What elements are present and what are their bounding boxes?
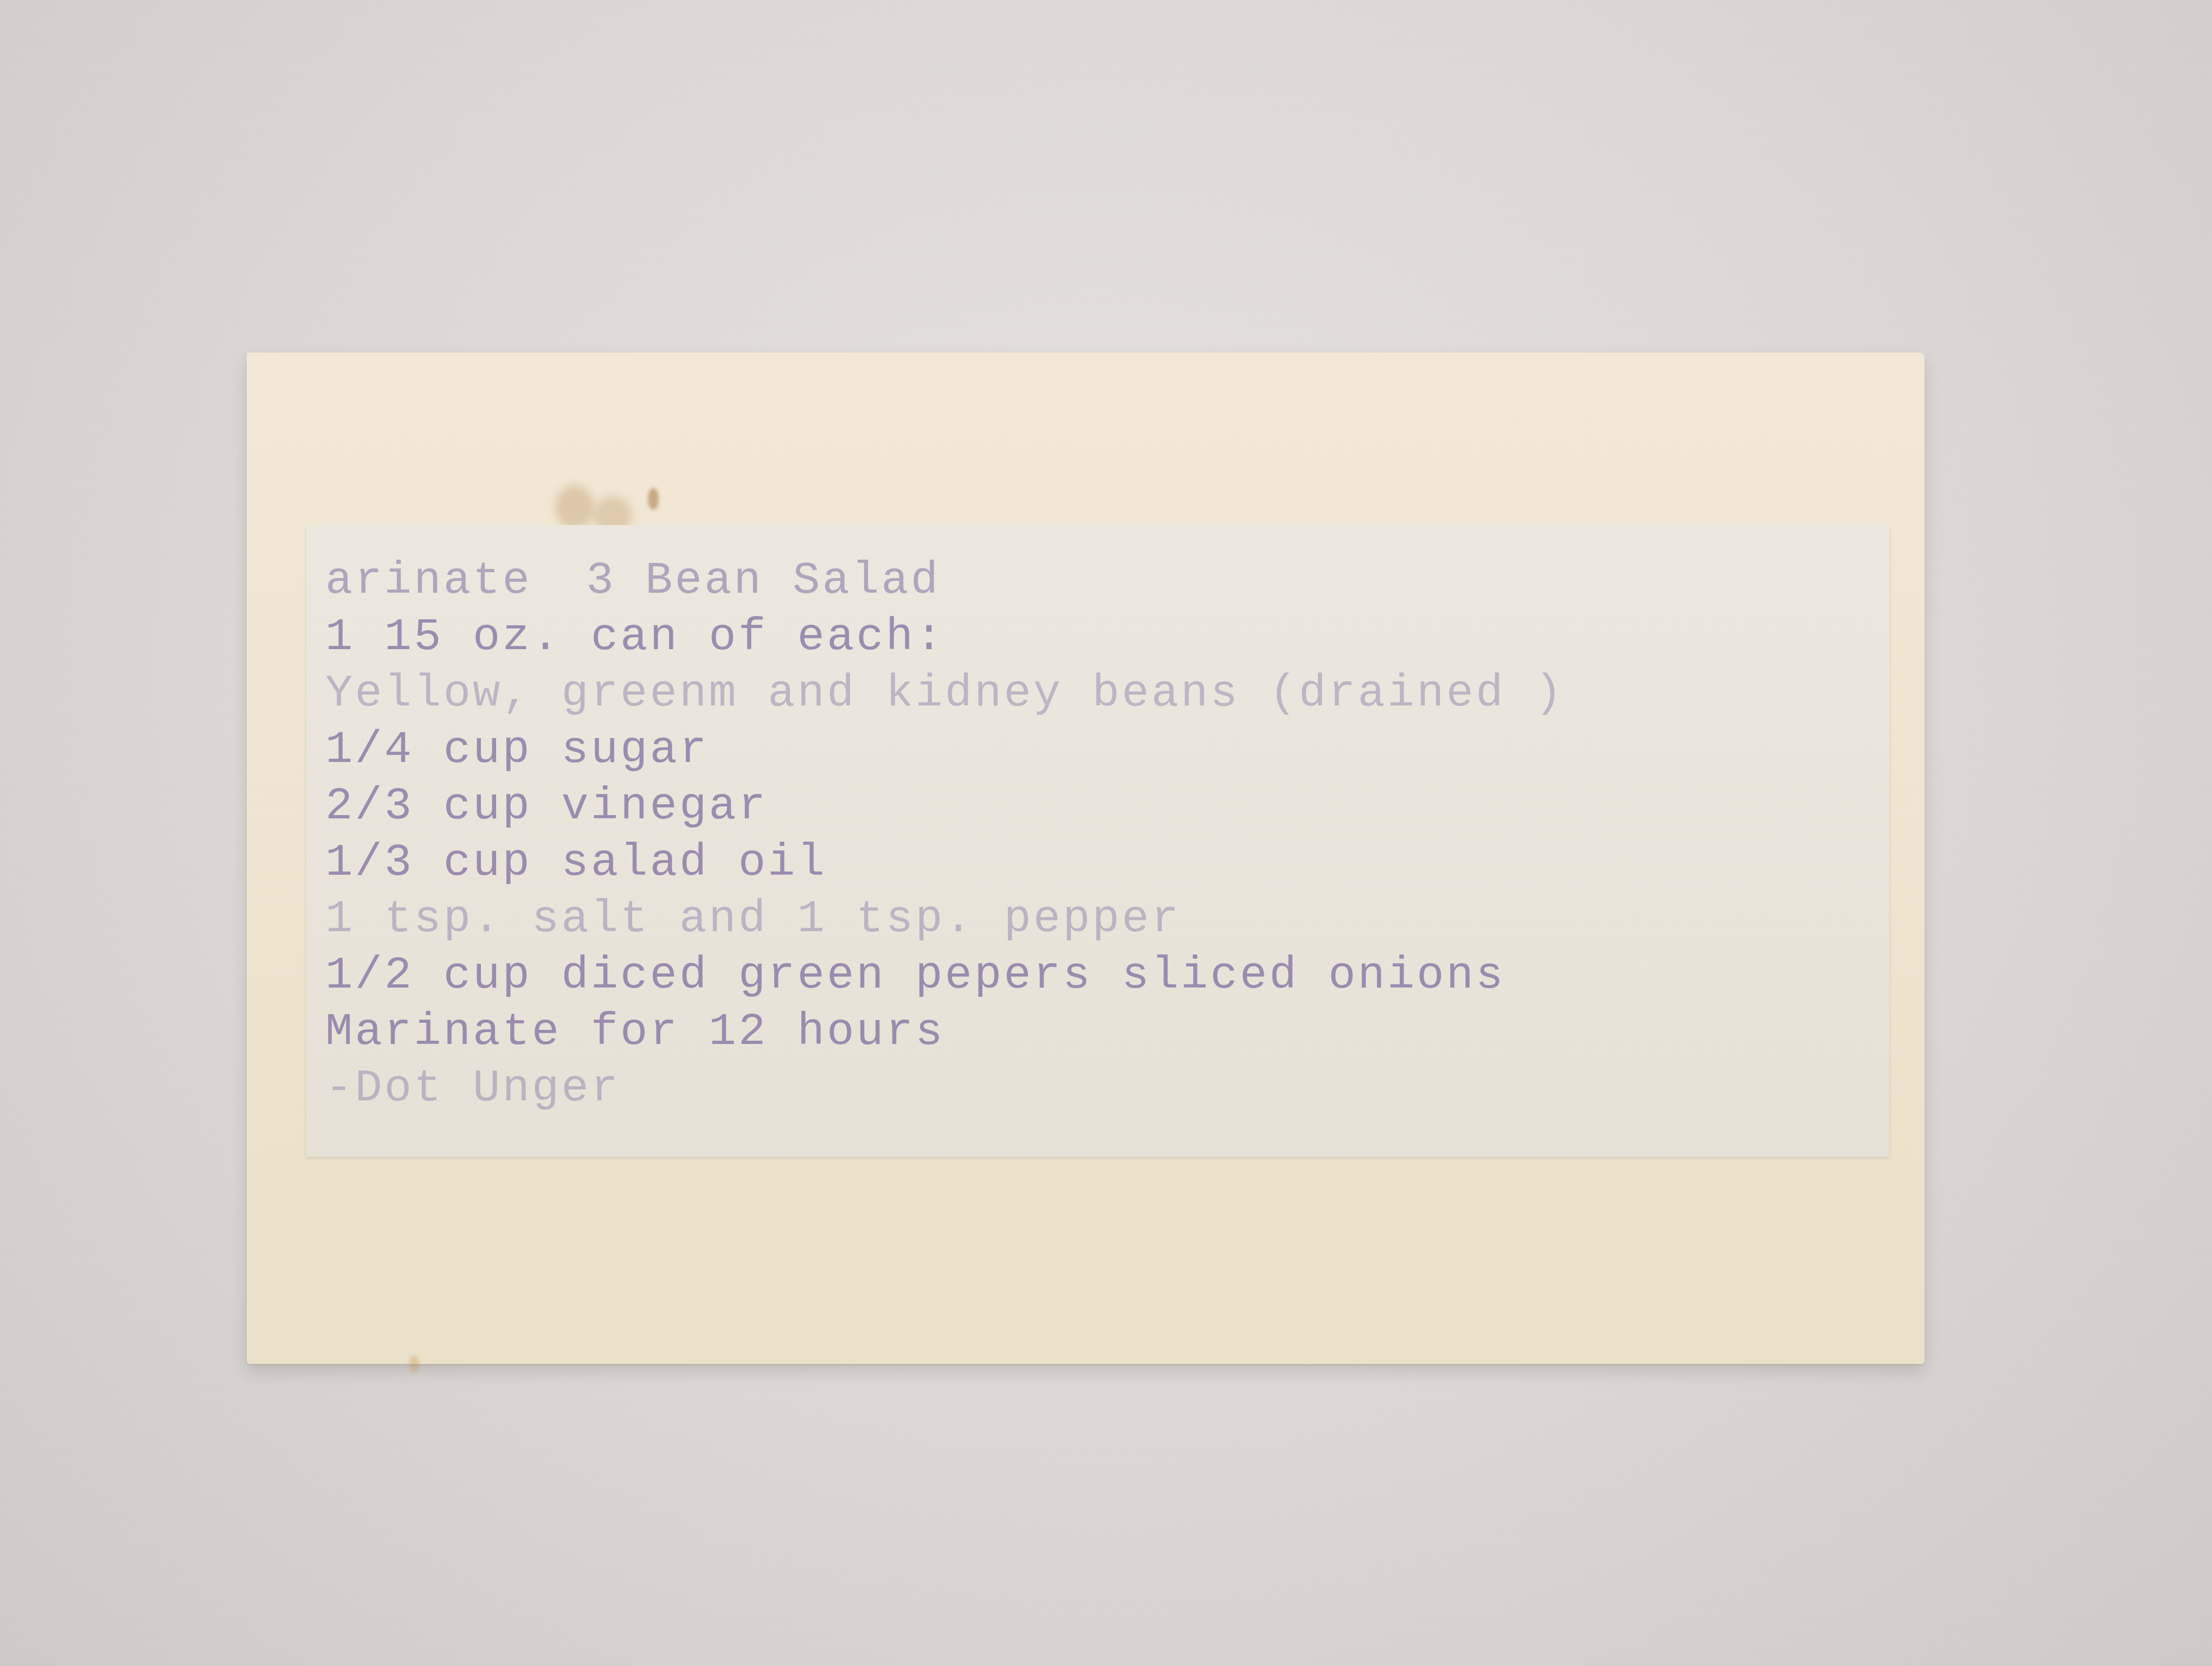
recipe-line: 1/3 cup salad oil — [325, 835, 1564, 892]
recipe-line: 2/3 cup vinegar — [325, 779, 1564, 835]
recipe-line: 1/4 cup sugar — [325, 722, 1564, 779]
stain — [556, 485, 594, 529]
recipe-title: arinate 3 Bean Salad — [325, 553, 1564, 610]
recipe-line: 1 tsp. salt and 1 tsp. pepper — [325, 892, 1564, 948]
stain — [648, 488, 659, 510]
recipe-line: 1 15 oz. can of each: — [325, 610, 1564, 666]
recipe-signature: -Dot Unger — [325, 1061, 1564, 1117]
recipe-line: Marinate for 12 hours — [325, 1004, 1564, 1061]
recipe-line: 1/2 cup diced green pepers sliced onions — [325, 948, 1564, 1004]
recipe-line: Yellow, greenm and kidney beans (drained… — [325, 666, 1564, 722]
stain — [409, 1356, 419, 1372]
recipe-text: arinate 3 Bean Salad 1 15 oz. can of eac… — [325, 553, 1564, 1117]
